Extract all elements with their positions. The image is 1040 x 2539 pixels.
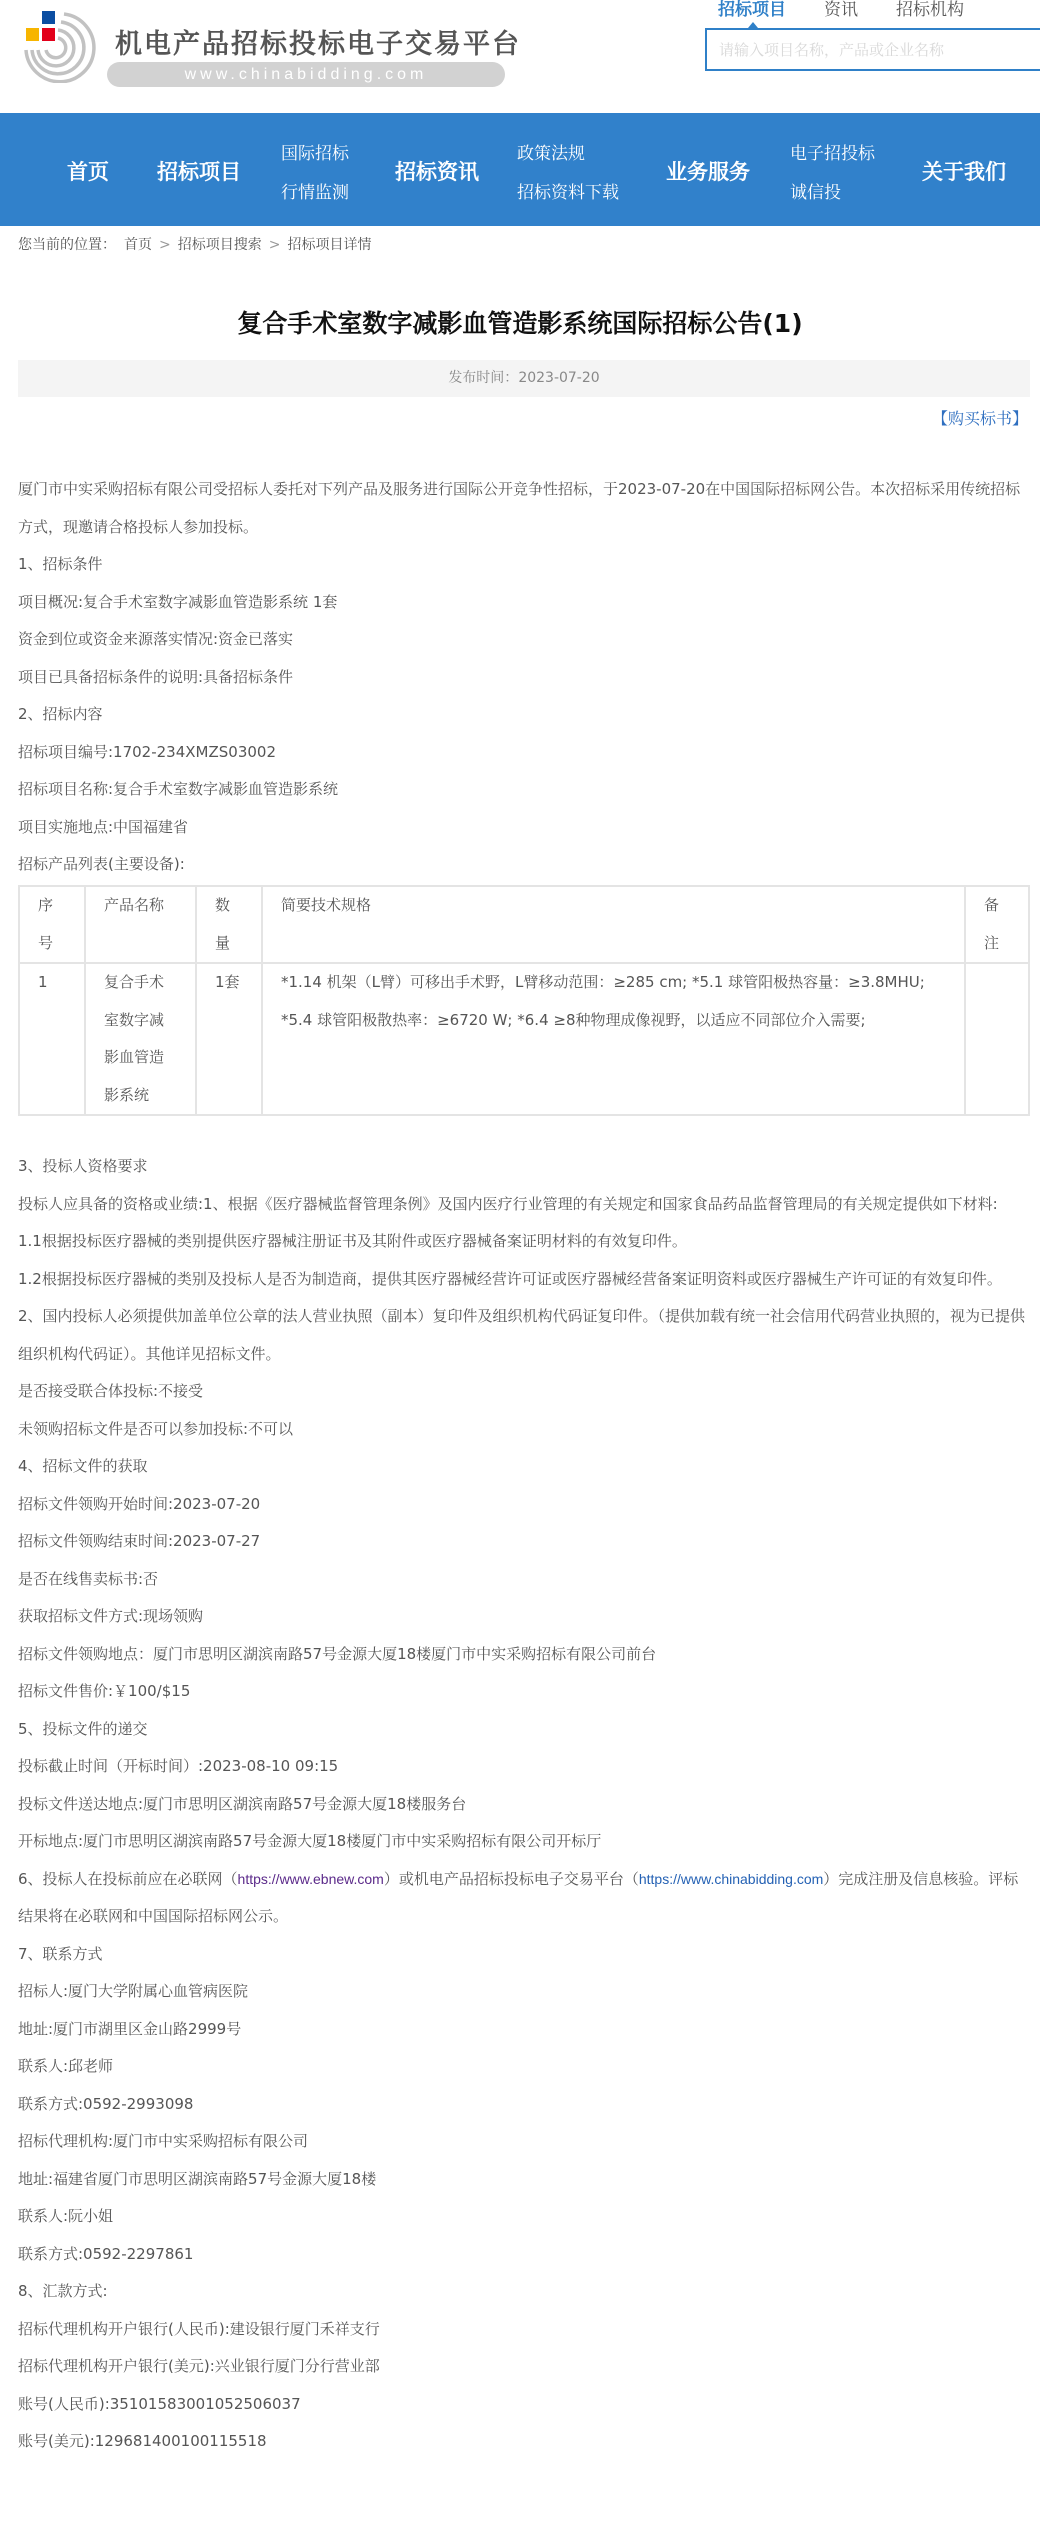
section-heading: 7、联系方式: [18, 1936, 1030, 1974]
breadcrumb-prefix: 您当前的位置：: [18, 235, 116, 255]
nav-item-business-services[interactable]: 业务服务: [666, 156, 750, 186]
info-line: 招标项目编号:1702-234XMZS03002: [18, 734, 1030, 772]
publish-date: 2023-07-20: [518, 370, 599, 386]
info-line: 联系方式:0592-2297861: [18, 2236, 1030, 2274]
info-line: 招标文件领购地点：厦门市思明区湖滨南路57号金源大厦18楼厦门市中实采购招标有限…: [18, 1636, 1030, 1674]
cell-name: 复合手术室数字减影血管造影系统: [85, 963, 196, 1115]
chevron-right-icon: >: [269, 235, 281, 255]
search-tab-news[interactable]: 资讯: [824, 0, 858, 22]
section-heading: 1、招标条件: [18, 546, 1030, 584]
section-heading: 3、投标人资格要求: [18, 1148, 1030, 1186]
search-tab-agencies[interactable]: 招标机构: [896, 0, 964, 22]
nav-item-bidding-news[interactable]: 招标资讯: [395, 156, 479, 186]
site-header: 机电产品招标投标电子交易平台 www.chinabidding.com 招标项目…: [0, 0, 1040, 113]
cell-note: [965, 963, 1029, 1115]
info-line: 招标文件领购结束时间:2023-07-27: [18, 1523, 1030, 1561]
info-line: 是否接受联合体投标:不接受: [18, 1373, 1030, 1411]
column-header-qty: 数量: [196, 886, 262, 963]
section-heading: 4、招标文件的获取: [18, 1448, 1030, 1486]
info-line: 1.1根据投标医疗器械的类别提供医疗器械注册证书及其附件或医疗器械备案证明材料的…: [18, 1223, 1030, 1261]
intro-paragraph: 厦门市中实采购招标有限公司受招标人委托对下列产品及服务进行国际公开竞争性招标，于…: [18, 471, 1030, 546]
search-input[interactable]: [707, 30, 1040, 69]
info-line: 招标代理机构开户银行(美元):兴业银行厦门分行营业部: [18, 2348, 1030, 2386]
info-line: 1.2根据投标医疗器械的类别及投标人是否为制造商，提供其医疗器械经营许可证或医疗…: [18, 1261, 1030, 1299]
section-heading: 5、投标文件的递交: [18, 1711, 1030, 1749]
nav-item-intl-bidding[interactable]: 国际招标: [281, 139, 349, 164]
info-line: 账号(美元):129681400100115518: [18, 2423, 1030, 2461]
table-header-row: 序号 产品名称 数量 简要技术规格 备注: [19, 886, 1029, 963]
product-table: 序号 产品名称 数量 简要技术规格 备注 1 复合手术室数字减影血管造影系统 1…: [18, 885, 1030, 1116]
info-line: 招标代理机构:厦门市中实采购招标有限公司: [18, 2123, 1030, 2161]
info-line: 资金到位或资金来源落实情况:资金已落实: [18, 621, 1030, 659]
info-line: 招标人:厦门大学附属心血管病医院: [18, 1973, 1030, 2011]
info-line: 联系人:阮小姐: [18, 2198, 1030, 2236]
breadcrumb-project-detail: 招标项目详情: [287, 235, 371, 255]
info-line: 招标产品列表(主要设备):: [18, 846, 1030, 884]
nav-item-e-bidding[interactable]: 电子招投标: [790, 139, 875, 164]
info-line: 未领购招标文件是否可以参加投标:不可以: [18, 1411, 1030, 1449]
publish-date-bar: 发布时间：2023-07-20: [18, 360, 1030, 397]
section-heading: 8、汇款方式:: [18, 2273, 1030, 2311]
info-line: 投标截止时间（开标时间）:2023-08-10 09:15: [18, 1748, 1030, 1786]
column-header-spec: 简要技术规格: [262, 886, 965, 963]
info-line: 2、国内投标人必须提供加盖单位公章的法人营业执照（副本）复印件及组织机构代码证复…: [18, 1298, 1030, 1373]
info-line: 账号(人民币):35101583001052506037: [18, 2386, 1030, 2424]
article-body-top: 厦门市中实采购招标有限公司受招标人委托对下列产品及服务进行国际公开竞争性招标，于…: [18, 471, 1030, 884]
cell-spec: *1.14 机架（L臂）可移出手术野，L臂移动范围：≥285 cm; *5.1 …: [262, 963, 965, 1115]
ebnew-link[interactable]: https://www.ebnew.com: [238, 1871, 384, 1887]
publish-label: 发布时间：: [448, 370, 518, 386]
nav-item-market-monitoring[interactable]: 行情监测: [281, 178, 349, 203]
info-line: 是否在线售卖标书:否: [18, 1561, 1030, 1599]
page-title: 复合手术室数字减影血管造影系统国际招标公告(1): [0, 304, 1040, 344]
buy-tender-docs-link[interactable]: 【购买标书】: [932, 408, 1028, 430]
main-nav: 首页 招标项目 国际招标 行情监测 招标资讯 政策法规 招标资料下载 业务服务 …: [0, 113, 1040, 226]
search-tabs: 招标项目 资讯 招标机构: [718, 0, 1002, 22]
info-line: 招标代理机构开户银行(人民币):建设银行厦门禾祥支行: [18, 2311, 1030, 2349]
site-logo[interactable]: 机电产品招标投标电子交易平台 www.chinabidding.com: [24, 8, 524, 83]
column-header-no: 序号: [19, 886, 85, 963]
cell-no: 1: [19, 963, 85, 1115]
column-header-name: 产品名称: [85, 886, 196, 963]
info-line: 获取招标文件方式:现场领购: [18, 1598, 1030, 1636]
table-row: 1 复合手术室数字减影血管造影系统 1套 *1.14 机架（L臂）可移出手术野，…: [19, 963, 1029, 1115]
info-line: 开标地点:厦门市思明区湖滨南路57号金源大厦18楼厦门市中实采购招标有限公司开标…: [18, 1823, 1030, 1861]
logo-title: 机电产品招标投标电子交易平台: [115, 22, 521, 61]
search-box: [705, 28, 1040, 71]
chinabidding-link[interactable]: https://www.chinabidding.com: [639, 1871, 823, 1887]
section-heading: 2、招标内容: [18, 696, 1030, 734]
info-line: 项目实施地点:中国福建省: [18, 809, 1030, 847]
chevron-right-icon: >: [159, 235, 171, 255]
column-header-note: 备注: [965, 886, 1029, 963]
cell-qty: 1套: [196, 963, 262, 1115]
info-line: 地址:厦门市湖里区金山路2999号: [18, 2011, 1030, 2049]
info-line: 地址:福建省厦门市思明区湖滨南路57号金源大厦18楼: [18, 2161, 1030, 2199]
info-line: 招标文件售价:￥100/$15: [18, 1673, 1030, 1711]
info-line: 招标项目名称:复合手术室数字减影血管造影系统: [18, 771, 1030, 809]
info-line: 投标文件送达地点:厦门市思明区湖滨南路57号金源大厦18楼服务台: [18, 1786, 1030, 1824]
nav-item-bidding-projects[interactable]: 招标项目: [157, 156, 241, 186]
nav-item-credit[interactable]: 诚信投: [790, 178, 841, 203]
logo-rings-icon: [24, 8, 104, 83]
info-line: 项目概况:复合手术室数字减影血管造影系统 1套: [18, 584, 1030, 622]
breadcrumb: 您当前的位置： 首页 > 招标项目搜索 > 招标项目详情: [18, 235, 371, 255]
search-tab-projects[interactable]: 招标项目: [718, 0, 786, 22]
nav-item-home[interactable]: 首页: [67, 156, 109, 186]
nav-item-downloads[interactable]: 招标资料下载: [517, 178, 619, 203]
info-line: 联系人:邱老师: [18, 2048, 1030, 2086]
breadcrumb-project-search[interactable]: 招标项目搜索: [178, 235, 262, 255]
info-line: 联系方式:0592-2993098: [18, 2086, 1030, 2124]
breadcrumb-home[interactable]: 首页: [124, 235, 152, 255]
info-line: 项目已具备招标条件的说明:具备招标条件: [18, 659, 1030, 697]
logo-url: www.chinabidding.com: [107, 62, 505, 87]
nav-item-about-us[interactable]: 关于我们: [922, 156, 1006, 186]
article-body-bottom: 3、投标人资格要求 投标人应具备的资格或业绩:1、根据《医疗器械监督管理条例》及…: [18, 1148, 1030, 2461]
info-line: 招标文件领购开始时间:2023-07-20: [18, 1486, 1030, 1524]
info-line: 投标人应具备的资格或业绩:1、根据《医疗器械监督管理条例》及国内医疗行业管理的有…: [18, 1186, 1030, 1224]
registration-paragraph: 6、投标人在投标前应在必联网（https://www.ebnew.com）或机电…: [18, 1861, 1030, 1936]
nav-item-policies[interactable]: 政策法规: [517, 139, 585, 164]
